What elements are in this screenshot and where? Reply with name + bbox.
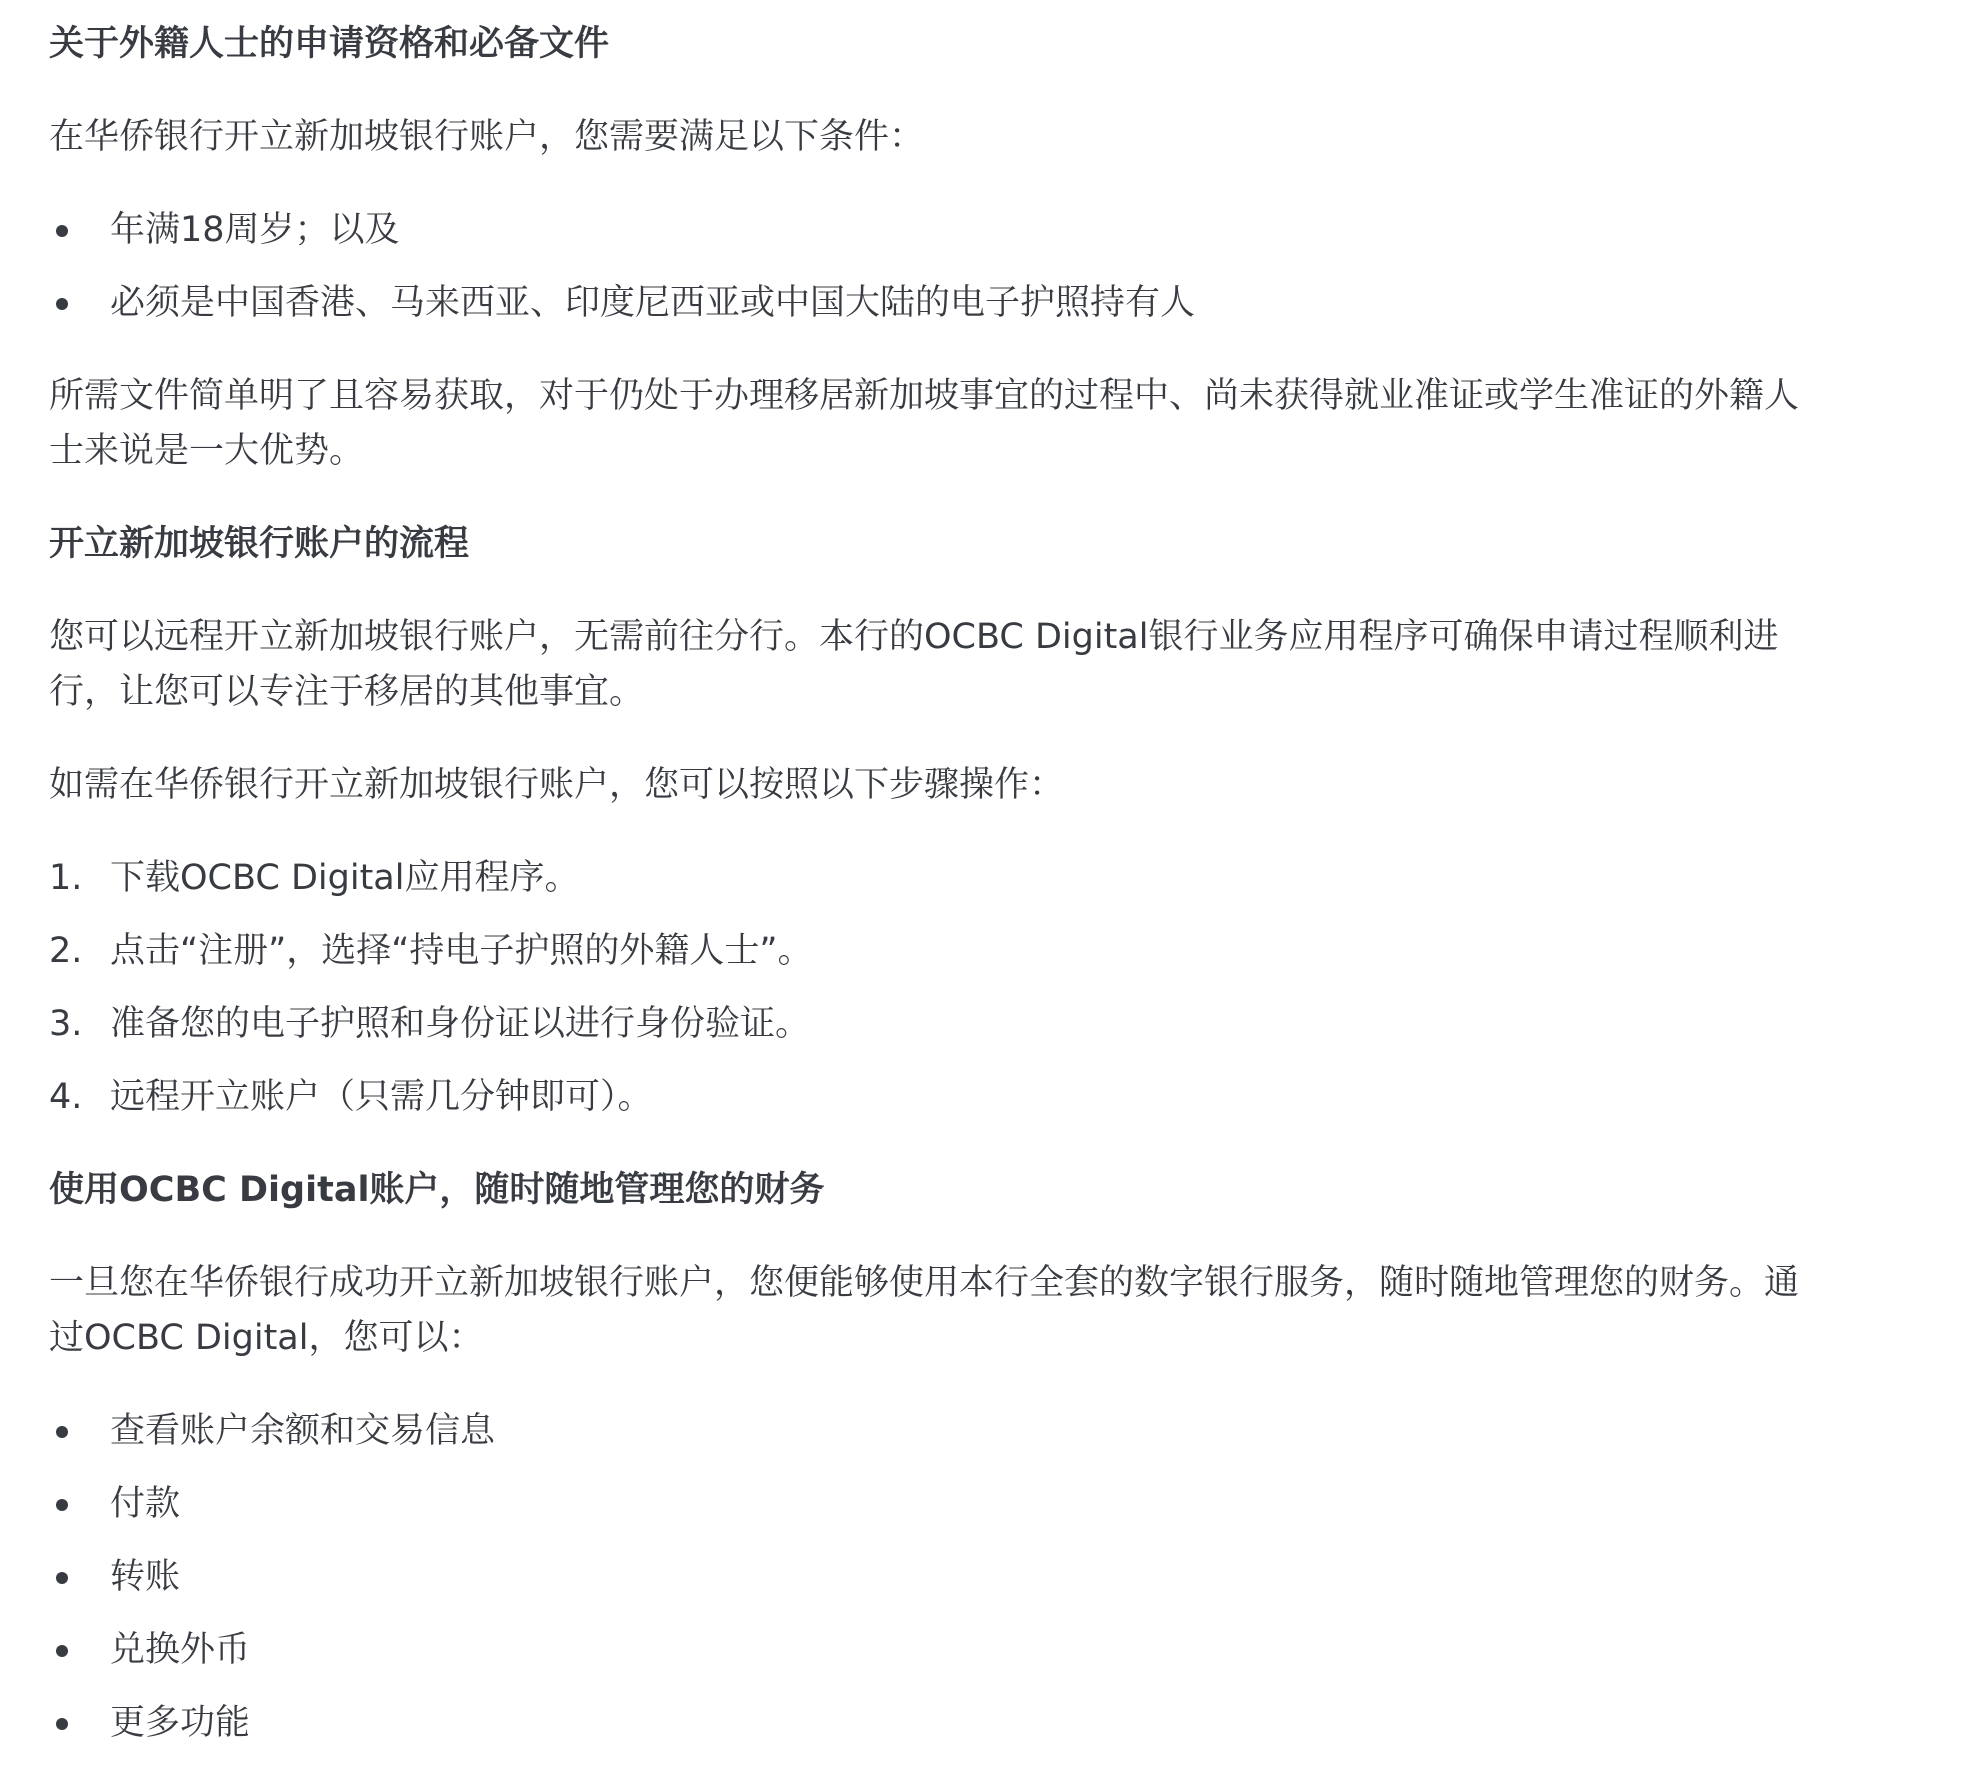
requirements-list: 年满18周岁；以及 必须是中国香港、马来西亚、印度尼西亚或中国大陆的电子护照持有… bbox=[49, 203, 1833, 331]
bullet-icon bbox=[56, 1572, 68, 1584]
digital-intro: 一旦您在华侨银行成功开立新加坡银行账户，您便能够使用本行全套的数字银行服务，随时… bbox=[49, 1256, 1833, 1366]
list-item-text: 付款 bbox=[110, 1484, 180, 1524]
bullet-icon bbox=[56, 1718, 68, 1730]
eligibility-intro: 在华侨银行开立新加坡银行账户，您需要满足以下条件： bbox=[49, 110, 1833, 165]
step-number: 4. bbox=[49, 1070, 82, 1125]
bullet-icon bbox=[56, 225, 68, 237]
list-item-text: 年满18周岁；以及 bbox=[110, 210, 400, 250]
article-content: 关于外籍人士的申请资格和必备文件 在华侨银行开立新加坡银行账户，您需要满足以下条… bbox=[0, 0, 1873, 1751]
step-text: 准备您的电子护照和身份证以进行身份验证。 bbox=[110, 1004, 810, 1044]
step-number: 2. bbox=[49, 924, 82, 979]
step-number: 3. bbox=[49, 997, 82, 1052]
section-heading-digital: 使用OCBC Digital账户，随时随地管理您的财务 bbox=[49, 1163, 1833, 1218]
step-text: 远程开立账户（只需几分钟即可）。 bbox=[110, 1077, 653, 1117]
list-item: 付款 bbox=[49, 1477, 1833, 1532]
step-item: 3. 准备您的电子护照和身份证以进行身份验证。 bbox=[49, 997, 1833, 1052]
step-text: 点击“注册”，选择“持电子护照的外籍人士”。 bbox=[110, 931, 813, 971]
steps-list: 1. 下载OCBC Digital应用程序。 2. 点击“注册”，选择“持电子护… bbox=[49, 851, 1833, 1125]
list-item: 查看账户余额和交易信息 bbox=[49, 1404, 1833, 1459]
bullet-icon bbox=[56, 1645, 68, 1657]
step-number: 1. bbox=[49, 851, 82, 906]
bullet-icon bbox=[56, 298, 68, 310]
step-item: 1. 下载OCBC Digital应用程序。 bbox=[49, 851, 1833, 906]
step-item: 4. 远程开立账户（只需几分钟即可）。 bbox=[49, 1070, 1833, 1125]
process-intro: 您可以远程开立新加坡银行账户，无需前往分行。本行的OCBC Digital银行业… bbox=[49, 610, 1833, 720]
section-heading-eligibility: 关于外籍人士的申请资格和必备文件 bbox=[49, 17, 1833, 72]
list-item-text: 兑换外币 bbox=[110, 1630, 250, 1670]
features-list: 查看账户余额和交易信息 付款 转账 兑换外币 更多功能 bbox=[49, 1404, 1833, 1751]
list-item-text: 转账 bbox=[110, 1557, 180, 1597]
eligibility-note: 所需文件简单明了且容易获取，对于仍处于办理移居新加坡事宜的过程中、尚未获得就业准… bbox=[49, 369, 1833, 479]
steps-intro: 如需在华侨银行开立新加坡银行账户，您可以按照以下步骤操作： bbox=[49, 758, 1833, 813]
list-item-text: 更多功能 bbox=[110, 1703, 250, 1743]
section-heading-process: 开立新加坡银行账户的流程 bbox=[49, 517, 1833, 572]
list-item: 年满18周岁；以及 bbox=[49, 203, 1833, 258]
bullet-icon bbox=[56, 1499, 68, 1511]
list-item-text: 查看账户余额和交易信息 bbox=[110, 1411, 495, 1451]
list-item: 转账 bbox=[49, 1550, 1833, 1605]
list-item: 必须是中国香港、马来西亚、印度尼西亚或中国大陆的电子护照持有人 bbox=[49, 276, 1833, 331]
step-item: 2. 点击“注册”，选择“持电子护照的外籍人士”。 bbox=[49, 924, 1833, 979]
list-item: 兑换外币 bbox=[49, 1623, 1833, 1678]
list-item-text: 必须是中国香港、马来西亚、印度尼西亚或中国大陆的电子护照持有人 bbox=[110, 283, 1195, 323]
list-item: 更多功能 bbox=[49, 1696, 1833, 1751]
step-text: 下载OCBC Digital应用程序。 bbox=[110, 858, 579, 898]
bullet-icon bbox=[56, 1426, 68, 1438]
